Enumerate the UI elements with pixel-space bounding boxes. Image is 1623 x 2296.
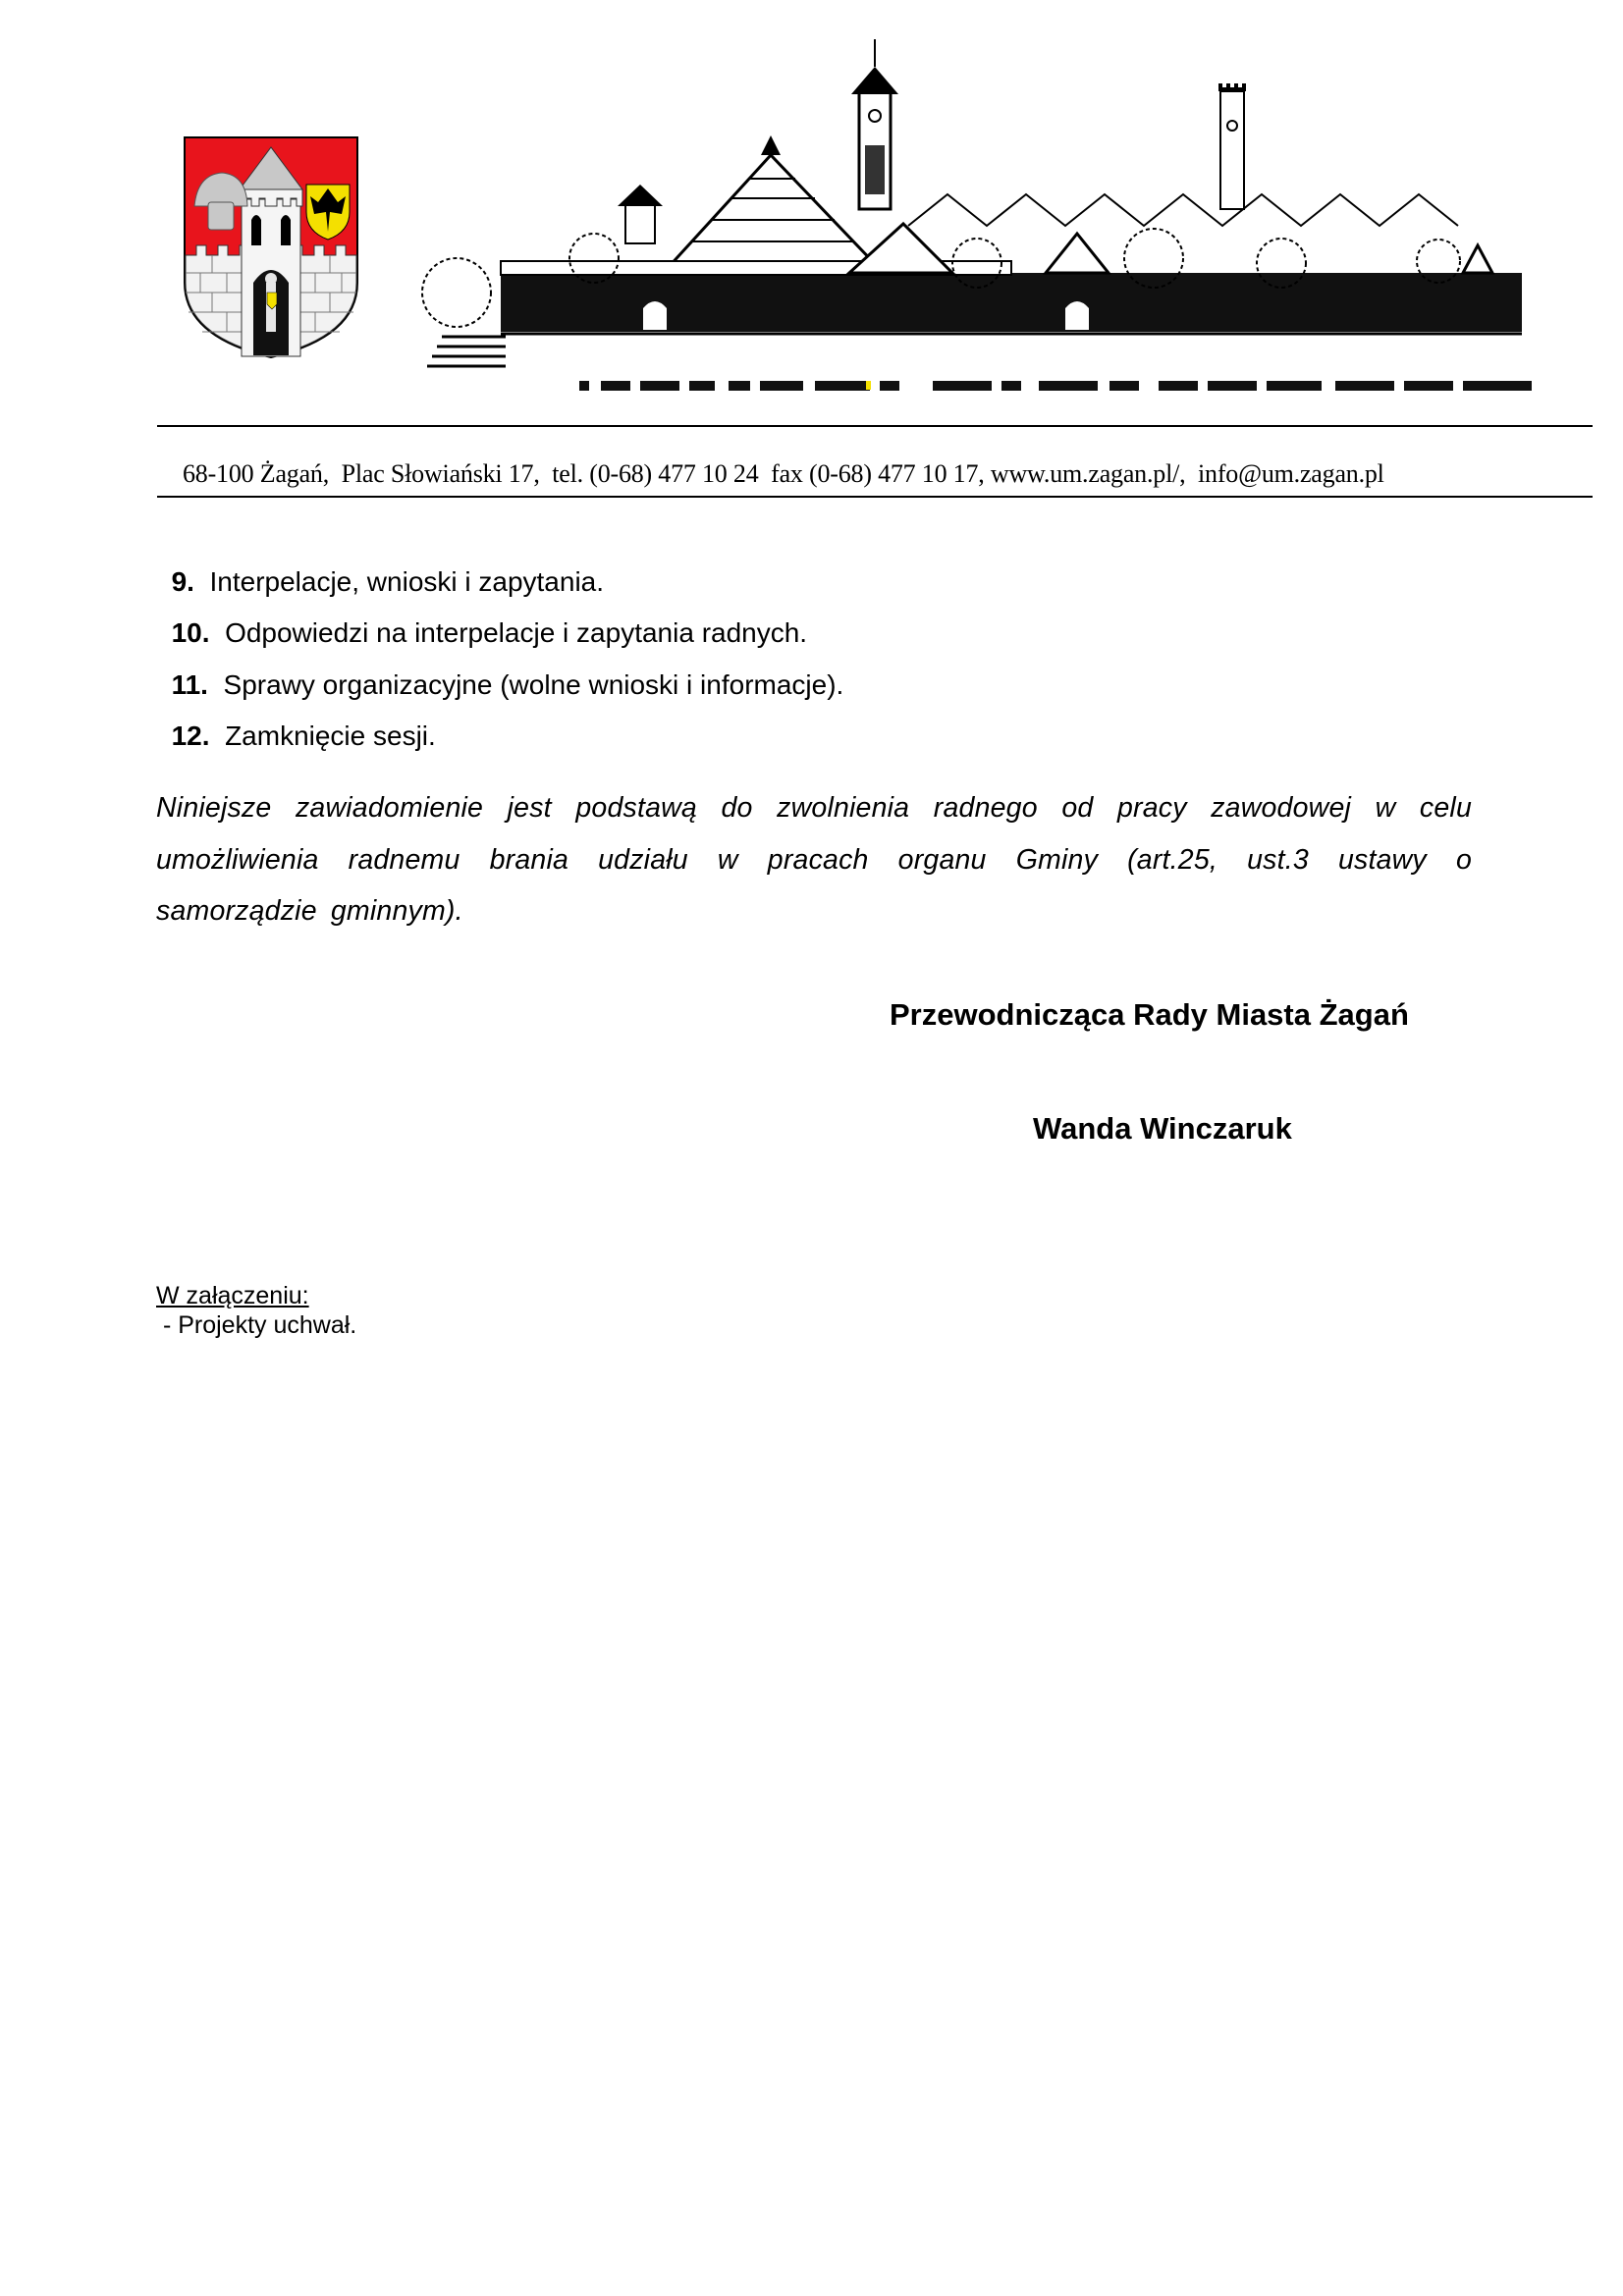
- signatory-name: Wanda Winczaruk: [1033, 1111, 1292, 1147]
- header-rule-bottom: [157, 496, 1593, 498]
- agenda-text: Zamknięcie sesji.: [225, 721, 436, 751]
- header-rule-top: [157, 425, 1593, 427]
- town-skyline-image: [398, 37, 1556, 386]
- attachments-label: W załączeniu:: [156, 1282, 309, 1310]
- attachment-item: - Projekty uchwał.: [156, 1311, 356, 1340]
- coat-of-arms-icon: [183, 135, 359, 359]
- signatory-title: Przewodnicząca Rady Miasta Żagań: [890, 997, 1409, 1033]
- address-line: 68-100 Żagań, Plac Słowiański 17, tel. (…: [183, 459, 1384, 489]
- notice-paragraph: Niniejsze zawiadomienie jest podstawą do…: [156, 782, 1472, 937]
- agenda-item: 12. Zamknięcie sesji.: [156, 689, 436, 752]
- cropped-banner-text-image: [579, 379, 1542, 393]
- agenda-number: 12.: [172, 721, 210, 751]
